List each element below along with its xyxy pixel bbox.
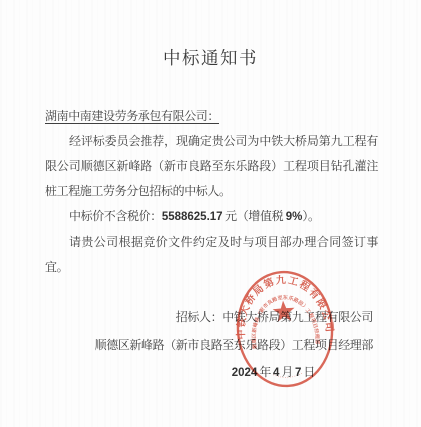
- price-line: 中标价不含税价：5588625.17 元（增值税 9%）。: [45, 204, 378, 230]
- addressee-line: 湖南中南建设劳务承包有限公司：: [45, 104, 378, 129]
- price-unit-text: 元（增值税: [223, 209, 286, 223]
- date-month: 4: [273, 367, 279, 379]
- date-day: 7: [295, 367, 301, 379]
- document-body: 湖南中南建设劳务承包有限公司： 经评标委员会推荐，现确定贵公司为中铁大桥局第九工…: [45, 104, 378, 280]
- date-year-unit: 年: [259, 365, 271, 379]
- tenderee-line: 招标人：中铁大桥局第九工程有限公司: [83, 304, 373, 332]
- vat-rate: 9%: [286, 211, 303, 223]
- price-amount: 5588625.17: [162, 211, 223, 223]
- price-line-end: ）。: [302, 209, 319, 223]
- date-month-unit: 月: [281, 365, 293, 379]
- document-title: 中标通知书: [0, 45, 421, 70]
- contract-signing-paragraph: 请贵公司根据竞价文件约定及时与项目部办理合同签订事宜。: [45, 230, 378, 280]
- date-year: 2024: [232, 367, 258, 379]
- price-label: 中标价不含税价：: [69, 209, 162, 223]
- date-line: 2024年4月7日: [83, 359, 373, 388]
- signature-block: 招标人：中铁大桥局第九工程有限公司 顺德区新峰路（新市良路至东乐路段）工程项目经…: [83, 304, 373, 388]
- date-day-unit: 日: [303, 365, 315, 379]
- scanned-document-page: 中标通知书 湖南中南建设劳务承包有限公司： 经评标委员会推荐，现确定贵公司为中铁…: [0, 0, 421, 427]
- project-department-line: 顺德区新峰路（新市良路至东乐路段）工程项目经理部: [83, 332, 373, 360]
- tenderee-label: 招标人：: [176, 310, 222, 324]
- award-paragraph: 经评标委员会推荐，现确定贵公司为中铁大桥局第九工程有限公司顺德区新峰路（新市良路…: [45, 129, 378, 204]
- tenderee-name: 中铁大桥局第九工程有限公司: [222, 310, 373, 324]
- addressee-company-name: 湖南中南建设劳务承包有限公司：: [45, 109, 219, 123]
